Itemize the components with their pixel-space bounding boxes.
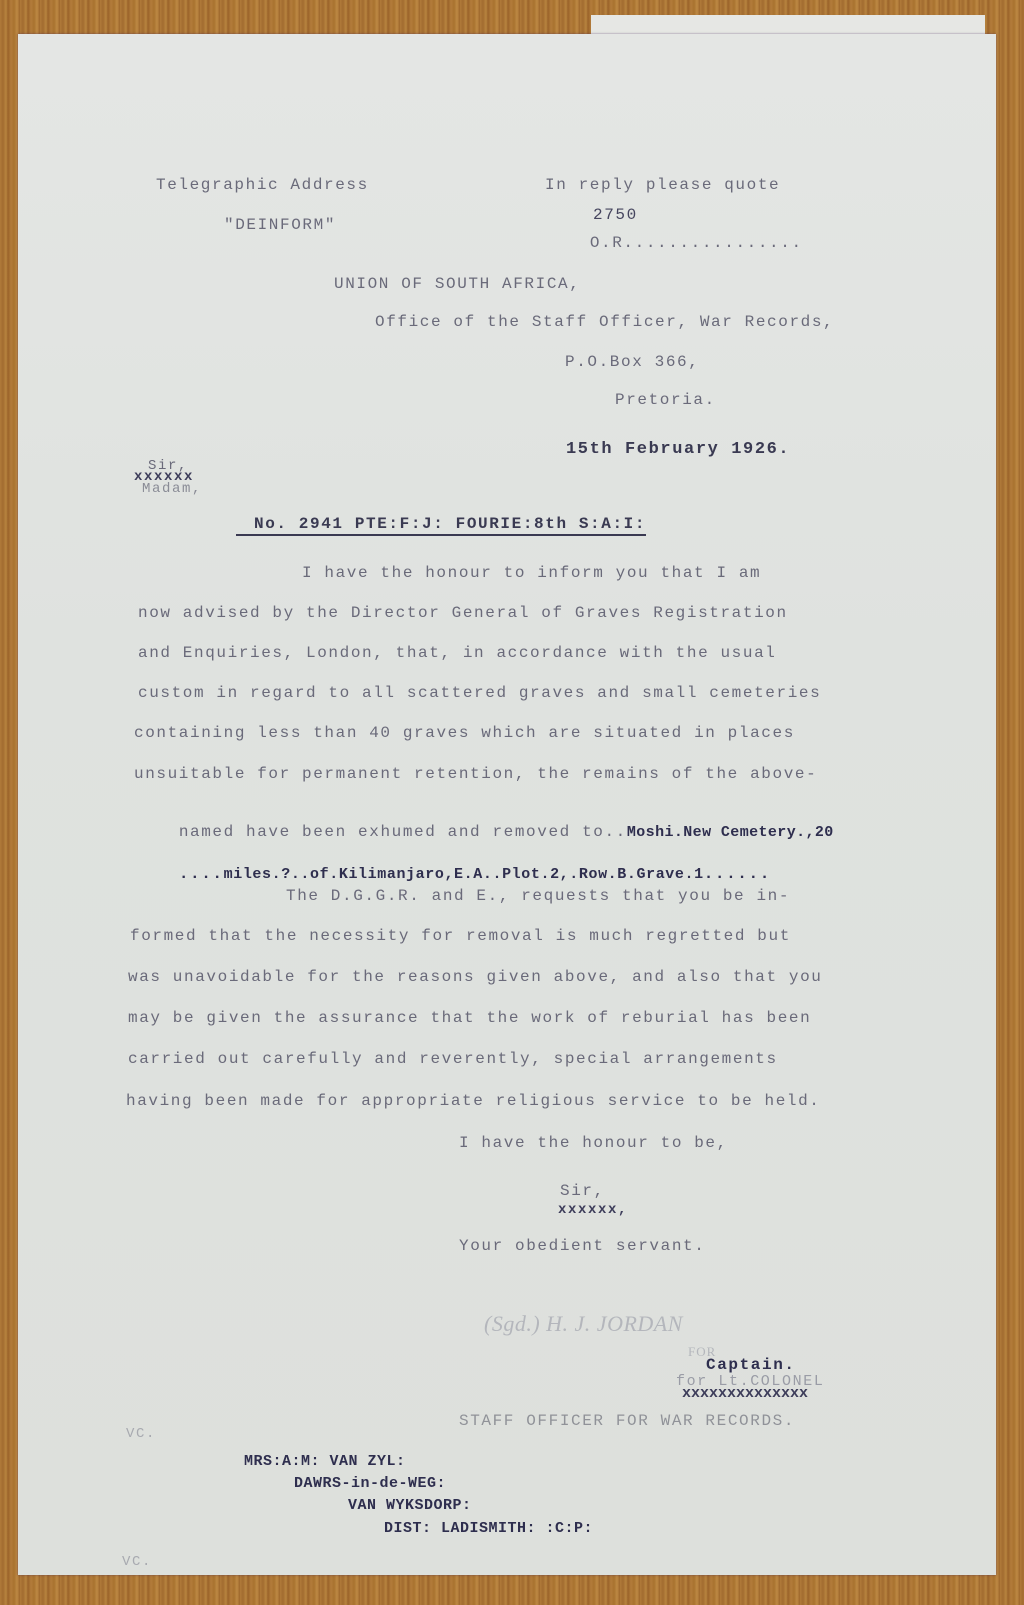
- body-line-14: having been made for appropriate religio…: [126, 1092, 821, 1110]
- telegraphic-address-label: Telegraphic Address: [156, 176, 369, 194]
- body-line-6: unsuitable for permanent retention, the …: [134, 765, 817, 783]
- subject-line: No. 2941 PTE:F:J: FOURIE:8th S:A:I:: [236, 515, 646, 536]
- signature-text: (Sgd.) H. J. JORDAN: [484, 1311, 683, 1336]
- reply-quote-label: In reply please quote: [545, 176, 780, 194]
- salutation-madam: Madam,: [142, 481, 202, 497]
- leading-dots: ....: [179, 865, 224, 883]
- address-line-2: DAWRS-in-de-WEG:: [294, 1475, 446, 1492]
- closing-honour: I have the honour to be,: [459, 1134, 728, 1152]
- reply-number: 2750: [593, 206, 638, 224]
- initials-top: VC.: [126, 1426, 156, 1442]
- body-line-4: custom in regard to all scattered graves…: [138, 684, 821, 702]
- grave-location-part2: miles.?..of.Kilimanjaro,E.A..Plot.2,.Row…: [224, 866, 704, 883]
- body-line-9: The D.G.G.R. and E., requests that you b…: [286, 887, 790, 905]
- trailing-dots: ......: [704, 865, 771, 883]
- body-line-3: and Enquiries, London, that, in accordan…: [138, 644, 777, 662]
- reply-prefix: O.R.: [590, 234, 635, 252]
- org-name: UNION OF SOUTH AFRICA,: [334, 275, 580, 293]
- closing-servant: Your obedient servant.: [459, 1237, 705, 1255]
- address-line-1: MRS:A:M: VAN ZYL:: [244, 1453, 406, 1470]
- telegraphic-address-value: "DEINFORM": [224, 216, 336, 234]
- body-line-13: carried out carefully and reverently, sp…: [128, 1050, 778, 1068]
- body-line-12: may be given the assurance that the work…: [128, 1009, 811, 1027]
- org-po-box: P.O.Box 366,: [565, 353, 699, 371]
- office-title: STAFF OFFICER FOR WAR RECORDS.: [459, 1412, 795, 1430]
- reply-dots: ...............: [635, 234, 803, 252]
- org-office: Office of the Staff Officer, War Records…: [375, 313, 834, 331]
- body-line-11: was unavoidable for the reasons given ab…: [128, 968, 823, 986]
- rank-stamp: Captain.: [706, 1356, 796, 1374]
- signature-stamp: (Sgd.) H. J. JORDAN: [484, 1311, 683, 1337]
- reply-quote-field: O.R................: [545, 216, 803, 270]
- body-line-1: I have the honour to inform you that I a…: [302, 564, 761, 582]
- body-line-10: formed that the necessity for removal is…: [130, 927, 791, 945]
- body-line-5: containing less than 40 graves which are…: [134, 724, 795, 742]
- org-city: Pretoria.: [615, 391, 716, 409]
- closing-struck: xxxxxx,: [558, 1202, 628, 1218]
- initials-bottom: VC.: [122, 1554, 152, 1570]
- grave-location-part1: Moshi.New Cemetery.,20: [627, 824, 834, 841]
- body-line-2: now advised by the Director General of G…: [138, 604, 788, 622]
- body-line-7-text: named have been exhumed and removed to..: [179, 823, 627, 841]
- closing-sir: Sir,: [560, 1182, 605, 1200]
- address-line-4: DIST: LADISMITH: :C:P:: [384, 1520, 593, 1537]
- letter-date: 15th February 1926.: [566, 440, 790, 459]
- address-line-3: VAN WYKSDORP:: [348, 1497, 472, 1514]
- letter-page: Telegraphic Address "DEINFORM" In reply …: [18, 34, 996, 1575]
- strike-marks: xxxxxxxxxxxxxx: [682, 1385, 808, 1402]
